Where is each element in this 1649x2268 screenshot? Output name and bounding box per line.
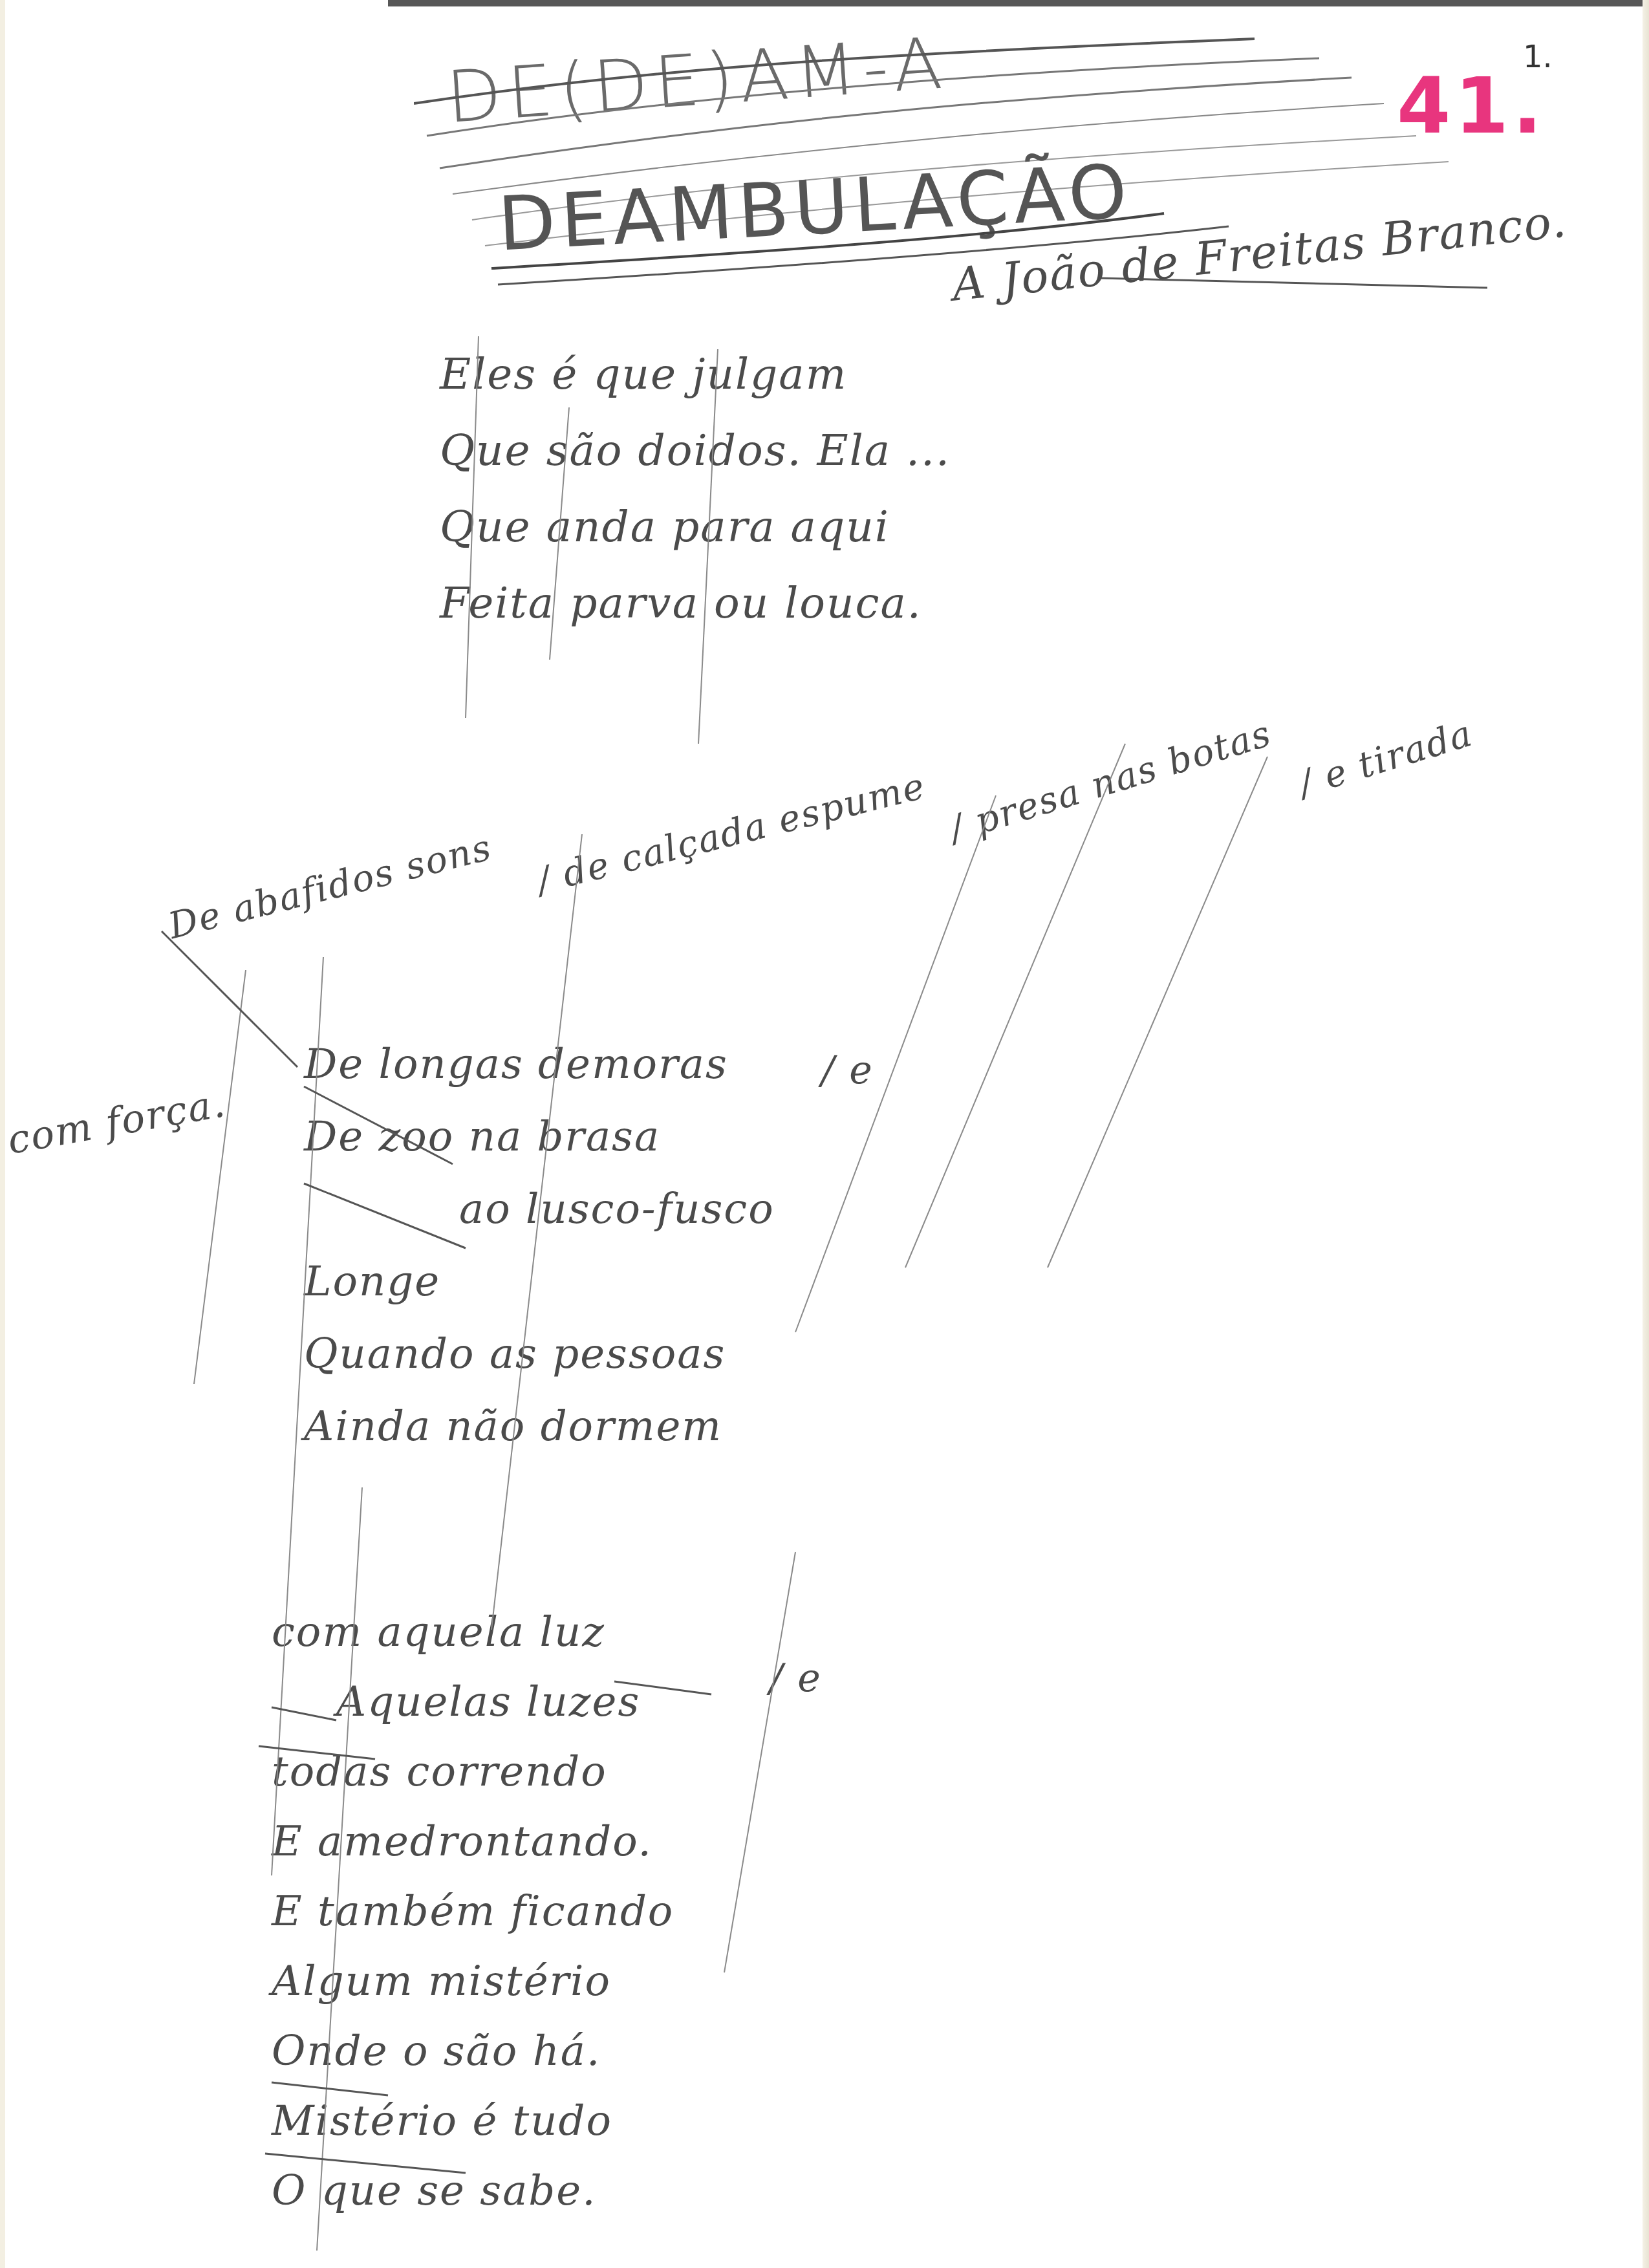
- margin-insert-e: / e: [821, 1048, 874, 1093]
- scan-top-edge: [388, 0, 1649, 6]
- verse-line: com aquela luz: [272, 1597, 674, 1667]
- verse-line: O que se sabe.: [272, 2156, 674, 2226]
- verse-line: Que são doidos. Ela ...: [440, 413, 951, 489]
- verse-line: Feita parva ou louca.: [440, 565, 951, 642]
- verse-line: De zoo na brasa: [304, 1101, 775, 1173]
- diagonal-segment: / de calçada espume: [533, 765, 929, 902]
- margin-insert-e: / e: [770, 1656, 822, 1701]
- verse-line: todas correndo: [272, 1737, 674, 1807]
- diagonal-continuation: com força.: [5, 1081, 230, 1163]
- verse-line: Mistério é tudo: [272, 2086, 674, 2156]
- stanza-2: De longas demoras De zoo na brasa ao lus…: [304, 1028, 775, 1463]
- verse-line: Algum mistério: [272, 1947, 674, 2016]
- diagonal-segment: De abafidos sons: [164, 826, 496, 947]
- diagonal-segment: / presa nas botas: [945, 713, 1277, 850]
- verse-line: Eles é que julgam: [440, 336, 951, 413]
- stanza-1: Eles é que julgam Que são doidos. Ela ..…: [440, 336, 951, 642]
- stanza-3: com aquela luz Aquelas luzes todas corre…: [272, 1597, 674, 2226]
- verse-line: ao lusco-fusco: [304, 1173, 775, 1246]
- verse-line: Ainda não dormem: [304, 1390, 775, 1463]
- verse-line: Que anda para aqui: [440, 489, 951, 565]
- folio-subnumber: 1.: [1523, 39, 1553, 75]
- paper-left-edge: [0, 0, 5, 2268]
- diagonal-segment: / e tirada: [1294, 713, 1478, 805]
- verse-line: E amedrontando.: [272, 1807, 674, 1877]
- verse-line: De longas demoras: [304, 1028, 775, 1101]
- verse-line: Aquelas luzes: [272, 1667, 674, 1737]
- verse-line: Longe: [304, 1246, 775, 1318]
- verse-line: E também ficando: [272, 1877, 674, 1947]
- verse-line: Quando as pessoas: [304, 1318, 775, 1390]
- verse-line: Onde o são há.: [272, 2016, 674, 2086]
- paper-right-edge: [1643, 0, 1649, 2268]
